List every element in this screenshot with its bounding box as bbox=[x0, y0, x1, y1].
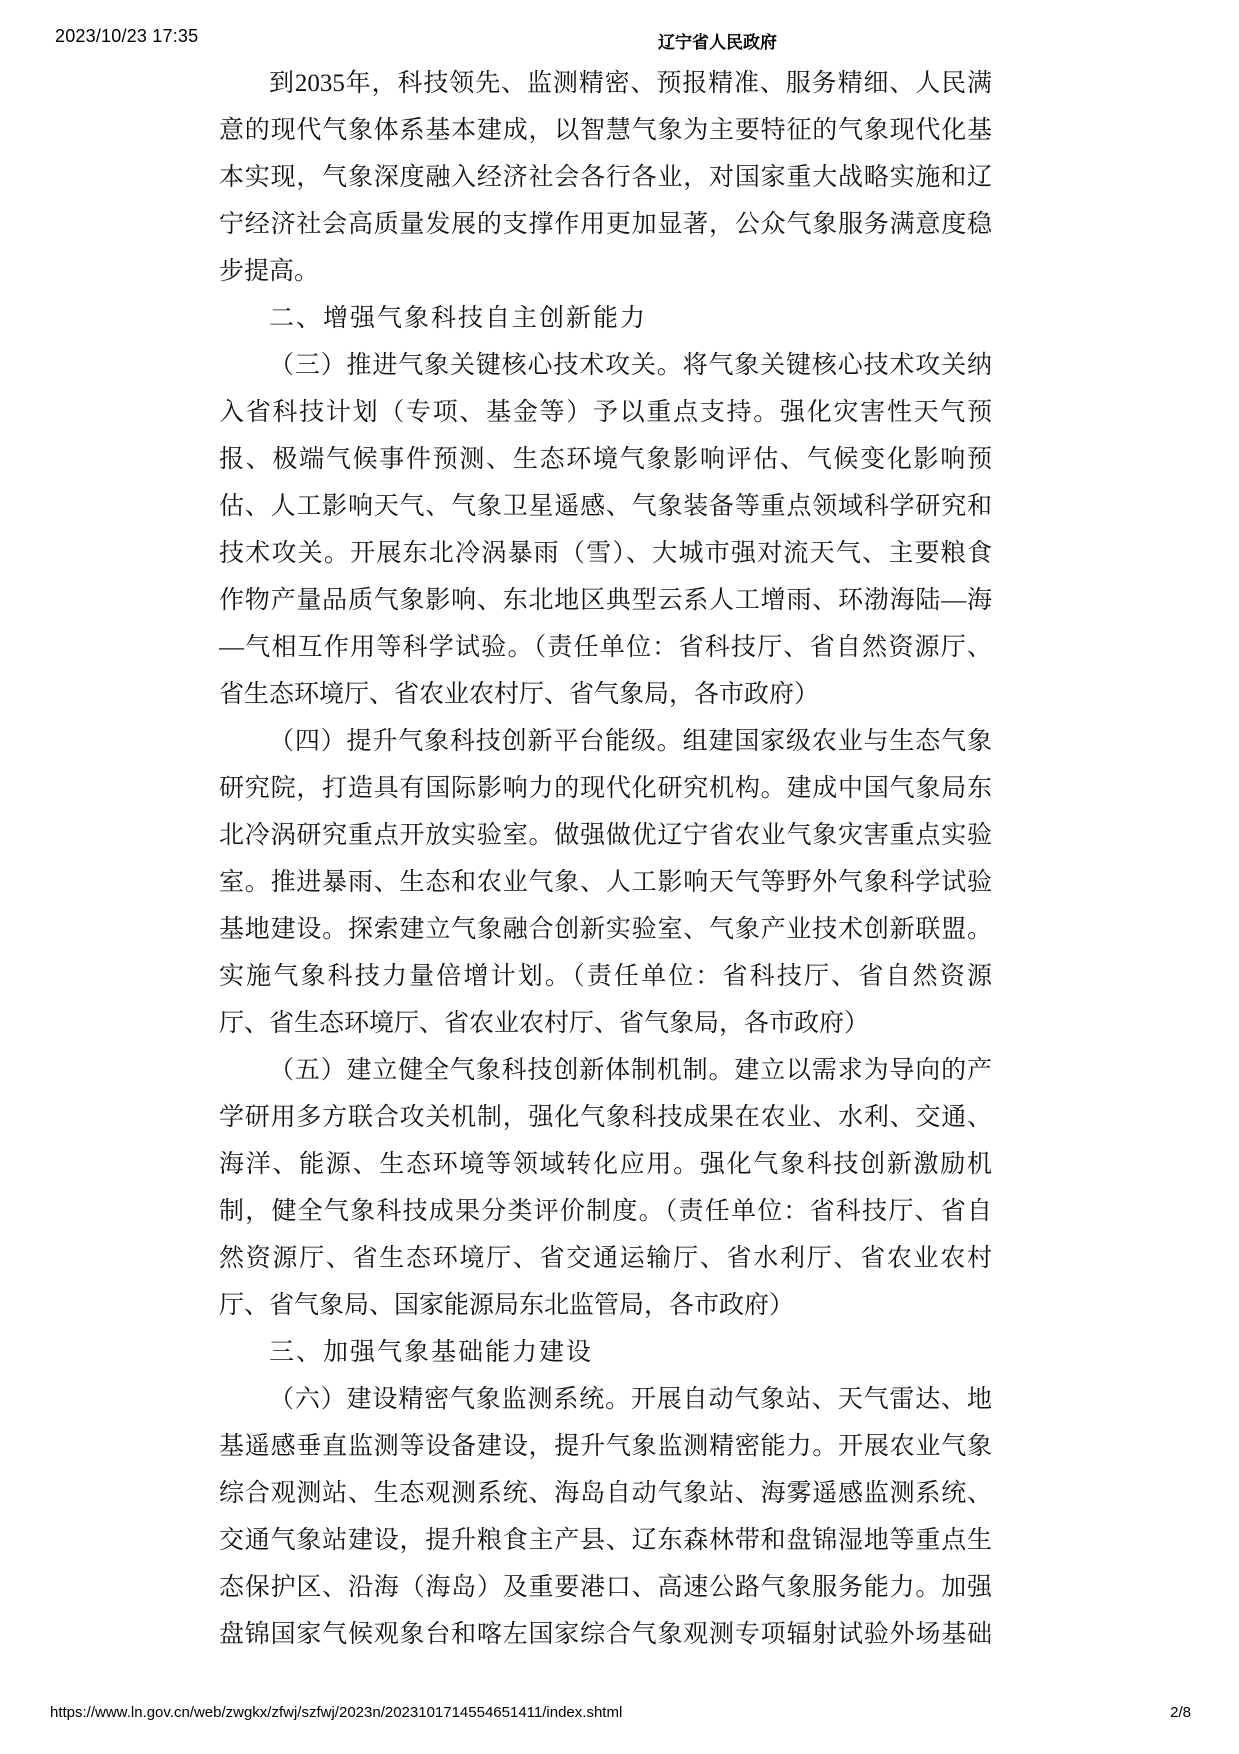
text-line: —气相互作用等科学试验。（责任单位：省科技厅、省自然资源厅、 bbox=[219, 624, 992, 671]
text-line: 综合观测站、生态观测系统、海岛自动气象站、海雾遥感监测系统、 bbox=[219, 1470, 992, 1517]
text-line: 交通气象站建设，提升粮食主产县、辽东森林带和盘锦湿地等重点生 bbox=[219, 1517, 992, 1564]
text-line: 态保护区、沿海（海岛）及重要港口、高速公路气象服务能力。加强 bbox=[219, 1564, 992, 1611]
text-line: 宁经济社会高质量发展的支撑作用更加显著，公众气象服务满意度稳 bbox=[219, 201, 992, 248]
text-line: 意的现代气象体系基本建成，以智慧气象为主要特征的气象现代化基 bbox=[219, 107, 992, 154]
text-line: 估、人工影响天气、气象卫星遥感、气象装备等重点领域科学研究和 bbox=[219, 483, 992, 530]
text-line: 基地建设。探索建立气象融合创新实验室、气象产业技术创新联盟。 bbox=[219, 906, 992, 953]
text-line: 步提高。 bbox=[219, 248, 992, 295]
text-line: （三）推进气象关键核心技术攻关。将气象关键核心技术攻关纳 bbox=[219, 342, 992, 389]
page-title: 辽宁省人民政府 bbox=[658, 28, 777, 53]
text-line: 到2035年，科技领先、监测精密、预报精准、服务精细、人民满 bbox=[219, 60, 992, 107]
text-line: 学研用多方联合攻关机制，强化气象科技成果在农业、水利、交通、 bbox=[219, 1094, 992, 1141]
text-line: 厅、省生态环境厅、省农业农村厅、省气象局，各市政府） bbox=[219, 1000, 992, 1047]
text-line: 实施气象科技力量倍增计划。（责任单位：省科技厅、省自然资源 bbox=[219, 953, 992, 1000]
text-line: 厅、省气象局、国家能源局东北监管局，各市政府） bbox=[219, 1282, 992, 1329]
text-line: 作物产量品质气象影响、东北地区典型云系人工增雨、环渤海陆—海 bbox=[219, 577, 992, 624]
text-line: 省生态环境厅、省农业农村厅、省气象局，各市政府） bbox=[219, 671, 992, 718]
text-line: 基遥感垂直监测等设备建设，提升气象监测精密能力。开展农业气象 bbox=[219, 1423, 992, 1470]
print-header: 2023/10/23 17:35 辽宁省人民政府 bbox=[0, 0, 1239, 52]
text-line: （四）提升气象科技创新平台能级。组建国家级农业与生态气象 bbox=[219, 718, 992, 765]
print-footer: https://www.ln.gov.cn/web/zwgkx/zfwj/szf… bbox=[0, 1698, 1239, 1730]
page-number: 2/8 bbox=[1170, 1704, 1191, 1721]
text-line: 海洋、能源、生态环境等领域转化应用。强化气象科技创新激励机 bbox=[219, 1141, 992, 1188]
printed-page: 2023/10/23 17:35 辽宁省人民政府 到2035年，科技领先、监测精… bbox=[0, 0, 1239, 1754]
text-line: 技术攻关。开展东北冷涡暴雨（雪）、大城市强对流天气、主要粮食 bbox=[219, 530, 992, 577]
text-line: 研究院，打造具有国际影响力的现代化研究机构。建成中国气象局东 bbox=[219, 765, 992, 812]
section-heading: 二、增强气象科技自主创新能力 bbox=[219, 295, 992, 342]
section-heading: 三、加强气象基础能力建设 bbox=[219, 1329, 992, 1376]
print-timestamp: 2023/10/23 17:35 bbox=[55, 26, 198, 47]
document-body: 到2035年，科技领先、监测精密、预报精准、服务精细、人民满意的现代气象体系基本… bbox=[219, 60, 992, 1658]
footer-url: https://www.ln.gov.cn/web/zwgkx/zfwj/szf… bbox=[50, 1704, 622, 1721]
text-line: （六）建设精密气象监测系统。开展自动气象站、天气雷达、地 bbox=[219, 1376, 992, 1423]
text-line: 北冷涡研究重点开放实验室。做强做优辽宁省农业气象灾害重点实验 bbox=[219, 812, 992, 859]
text-line: 本实现，气象深度融入经济社会各行各业，对国家重大战略实施和辽 bbox=[219, 154, 992, 201]
text-line: 制，健全气象科技成果分类评价制度。（责任单位：省科技厅、省自 bbox=[219, 1188, 992, 1235]
text-line: 然资源厅、省生态环境厅、省交通运输厅、省水利厅、省农业农村 bbox=[219, 1235, 992, 1282]
text-line: 盘锦国家气候观象台和喀左国家综合气象观测专项辐射试验外场基础 bbox=[219, 1611, 992, 1658]
text-line: 入省科技计划（专项、基金等）予以重点支持。强化灾害性天气预 bbox=[219, 389, 992, 436]
text-line: 室。推进暴雨、生态和农业气象、人工影响天气等野外气象科学试验 bbox=[219, 859, 992, 906]
text-line: （五）建立健全气象科技创新体制机制。建立以需求为导向的产 bbox=[219, 1047, 992, 1094]
text-line: 报、极端气候事件预测、生态环境气象影响评估、气候变化影响预 bbox=[219, 436, 992, 483]
